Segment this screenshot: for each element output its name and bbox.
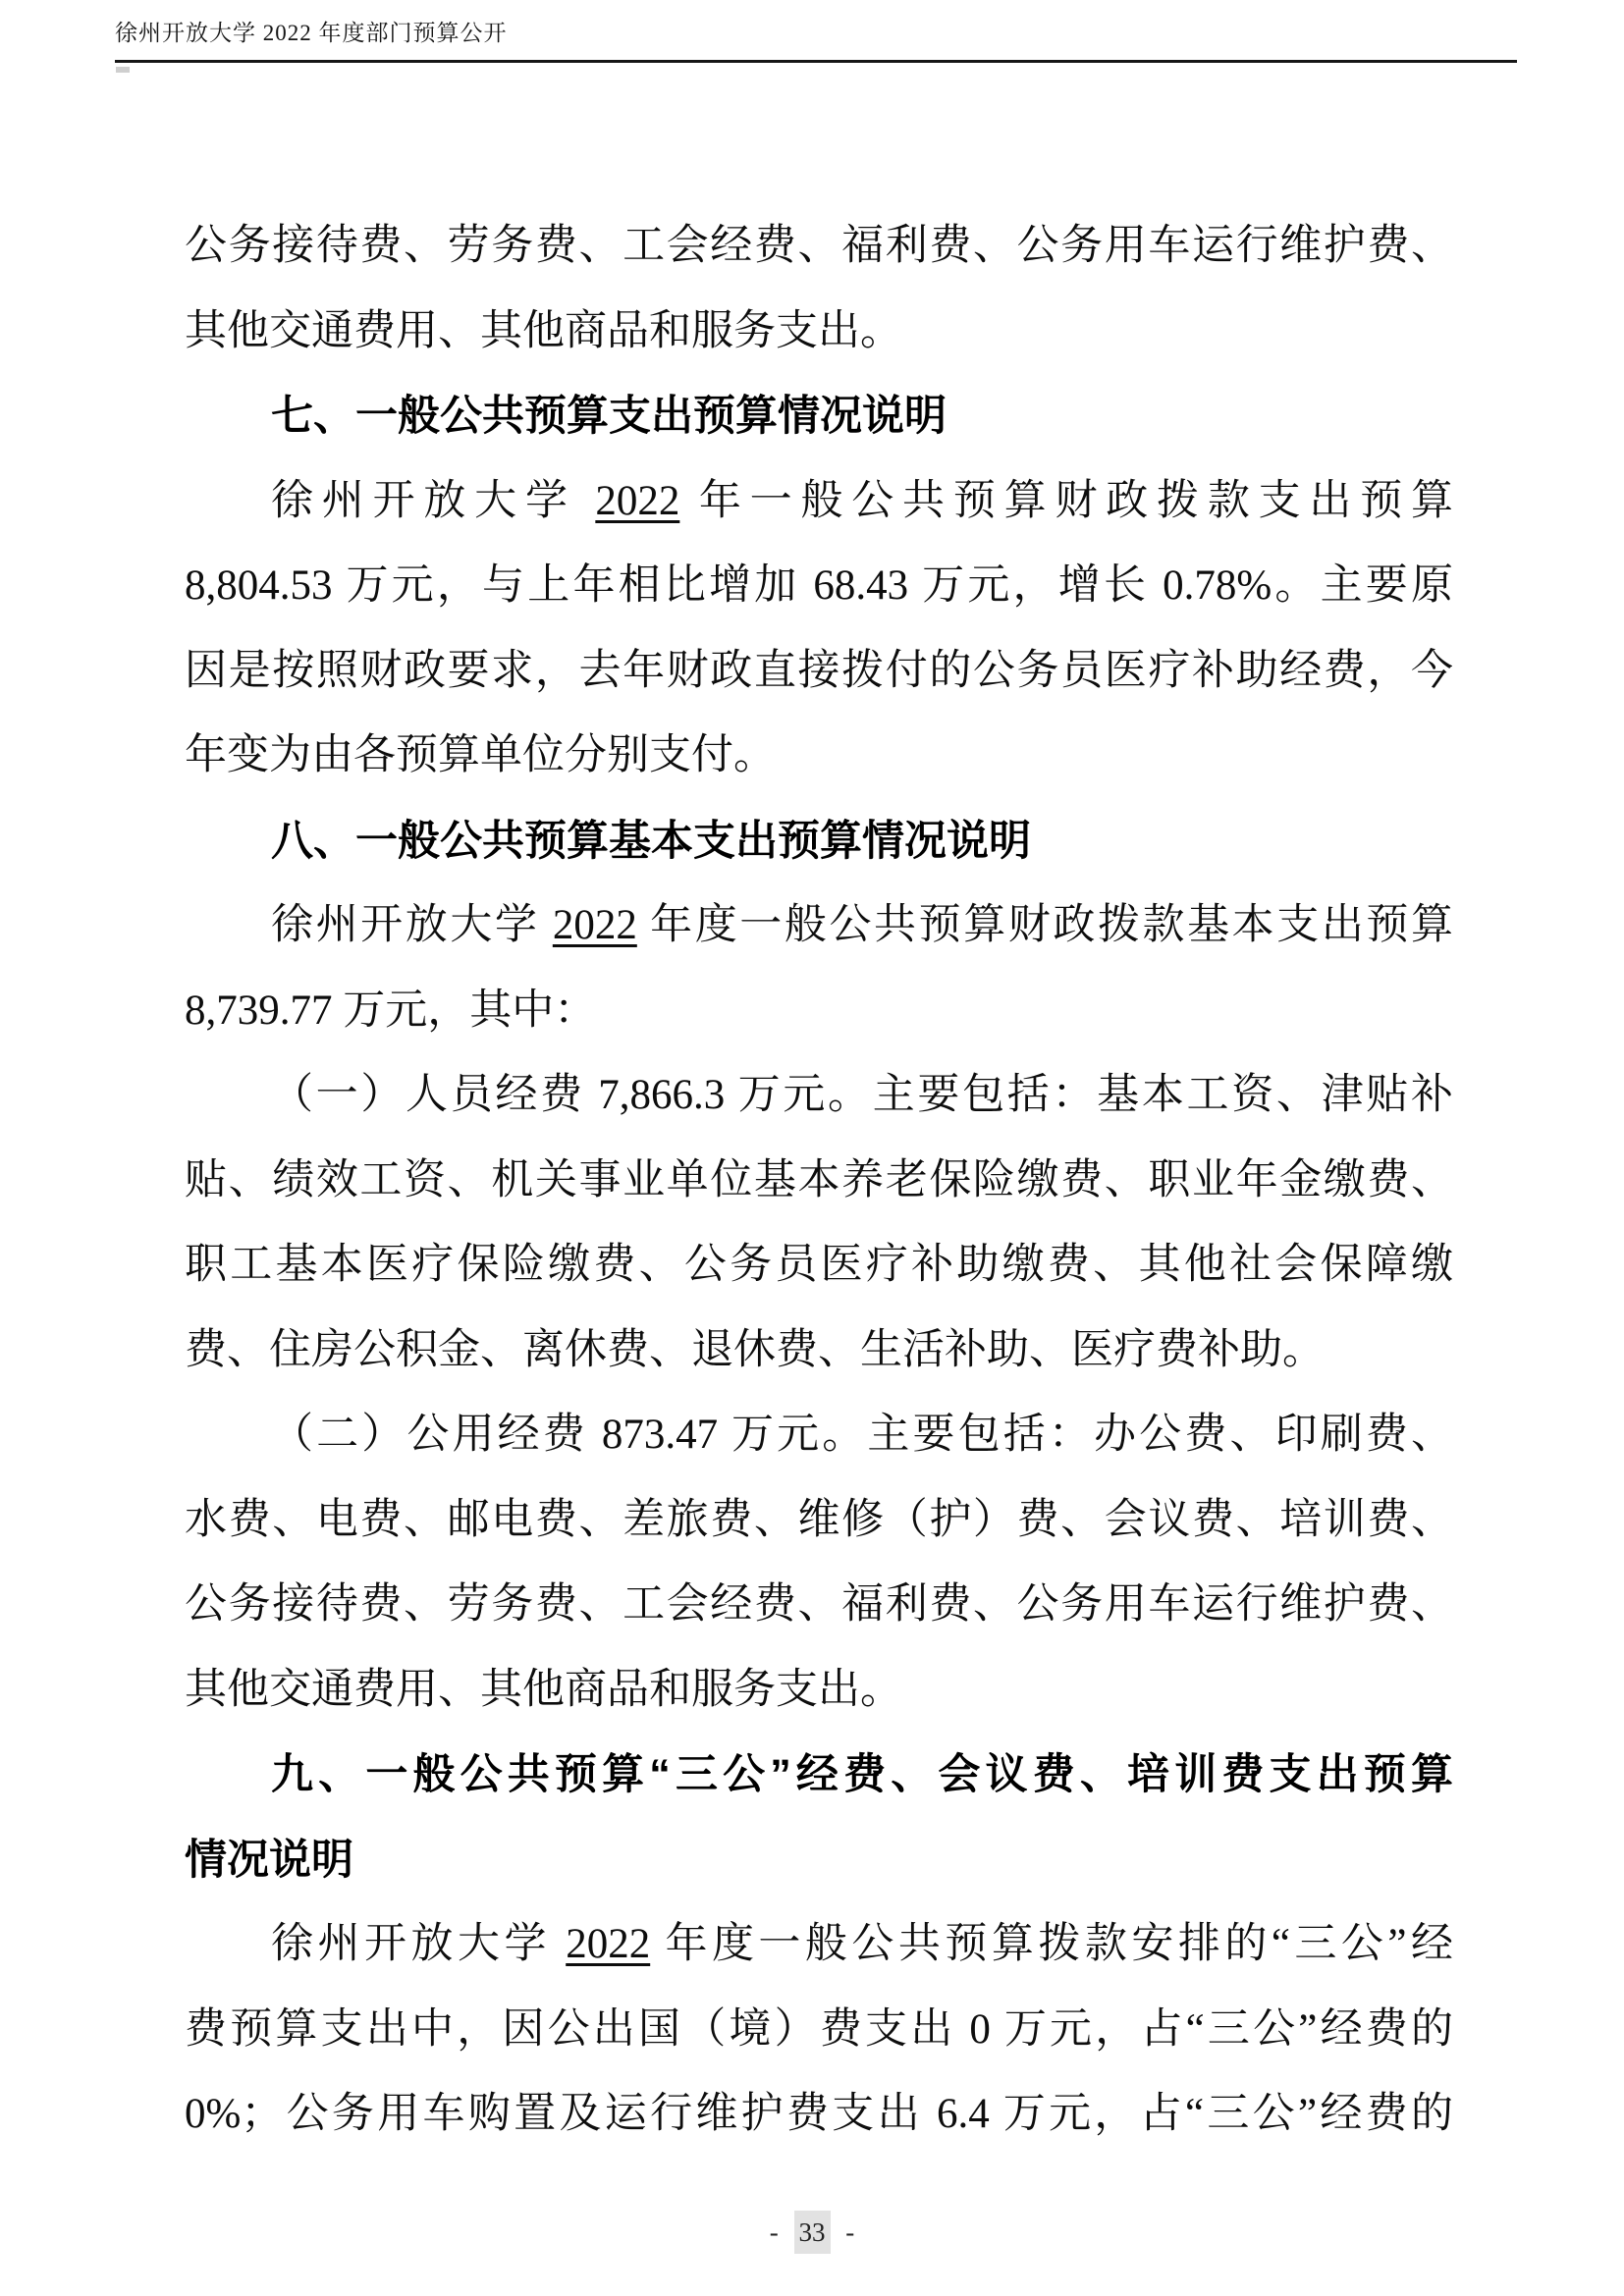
- text-line: 因是按照财政要求，去年财政直接拨付的公务员医疗补助经费，今: [185, 629, 1453, 715]
- text-line: 其他交通费用、其他商品和服务支出。: [185, 290, 1453, 375]
- underlined-year: 2022: [595, 478, 679, 524]
- page-number: 33: [794, 2211, 831, 2254]
- text-line: 公务接待费、劳务费、工会经费、福利费、公务用车运行维护费、: [185, 204, 1453, 290]
- text-line: 其他交通费用、其他商品和服务支出。: [185, 1648, 1453, 1734]
- document-page: 徐州开放大学 2022 年度部门预算公开 公务接待费、劳务费、工会经费、福利费、…: [0, 0, 1624, 2296]
- page-number-dash-left: -: [770, 2212, 779, 2253]
- text-line: 职工基本医疗保险缴费、公务员医疗补助缴费、其他社会保障缴: [185, 1223, 1453, 1308]
- text-line: 8,739.77 万元，其中：: [185, 969, 1453, 1054]
- header-title: 徐州开放大学 2022 年度部门预算公开: [115, 21, 508, 45]
- text-line: 8,804.53 万元，与上年相比增加 68.43 万元，增长 0.78%。主要…: [185, 544, 1453, 629]
- scan-artifact: [116, 67, 130, 73]
- page-header: 徐州开放大学 2022 年度部门预算公开: [115, 17, 1517, 50]
- text-line: 水费、电费、邮电费、差旅费、维修（护）费、会议费、培训费、: [185, 1478, 1453, 1564]
- page-number-dash-right: -: [845, 2212, 854, 2253]
- section-heading-line: 七、一般公共预算支出预算情况说明: [185, 374, 1453, 459]
- section-heading-line: 情况说明: [185, 1818, 1453, 1903]
- section-heading-line: 九、一般公共预算“三公”经费、会议费、培训费支出预算: [185, 1733, 1453, 1818]
- page-footer: - 33 -: [0, 2211, 1624, 2254]
- underlined-year: 2022: [553, 902, 637, 948]
- text-line: 徐州开放大学 2022 年一般公共预算财政拨款支出预算: [185, 459, 1453, 545]
- text-line: 费预算支出中，因公出国（境）费支出 0 万元，占“三公”经费的: [185, 1988, 1453, 2073]
- section-heading-line: 八、一般公共预算基本支出预算情况说明: [185, 799, 1453, 884]
- text-line: 徐州开放大学 2022 年度一般公共预算拨款安排的“三公”经: [185, 1902, 1453, 1988]
- text-line: 贴、绩效工资、机关事业单位基本养老保险缴费、职业年金缴费、: [185, 1139, 1453, 1224]
- text-line: （一）人员经费 7,866.3 万元。主要包括：基本工资、津贴补: [185, 1053, 1453, 1139]
- document-body: 公务接待费、劳务费、工会经费、福利费、公务用车运行维护费、其他交通费用、其他商品…: [185, 204, 1453, 2158]
- text-line: 年变为由各预算单位分别支付。: [185, 714, 1453, 799]
- underlined-year: 2022: [566, 1921, 650, 1967]
- text-line: 公务接待费、劳务费、工会经费、福利费、公务用车运行维护费、: [185, 1563, 1453, 1648]
- text-line: （二）公用经费 873.47 万元。主要包括：办公费、印刷费、: [185, 1393, 1453, 1478]
- text-line: 徐州开放大学 2022 年度一般公共预算财政拨款基本支出预算: [185, 883, 1453, 969]
- header-rule: [115, 60, 1517, 63]
- text-line: 费、住房公积金、离休费、退休费、生活补助、医疗费补助。: [185, 1308, 1453, 1394]
- text-line: 0%；公务用车购置及运行维护费支出 6.4 万元，占“三公”经费的: [185, 2072, 1453, 2158]
